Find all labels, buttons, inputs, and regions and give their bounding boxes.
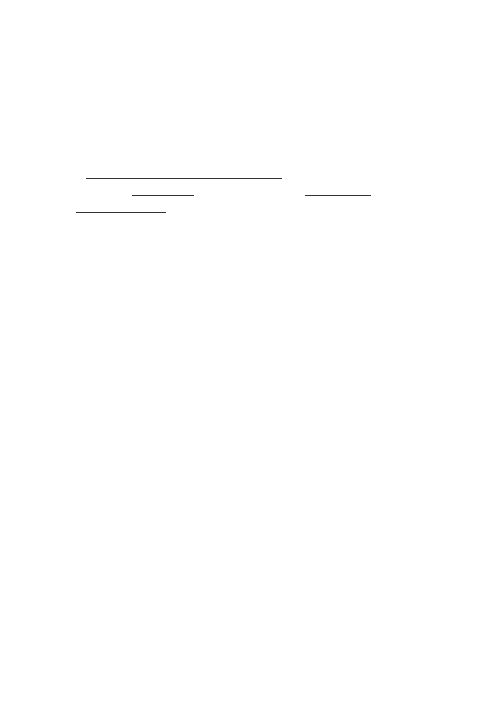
section-1-body-line-2 bbox=[76, 184, 426, 196]
document-page bbox=[0, 0, 500, 707]
blank-field bbox=[132, 184, 194, 196]
section-1-body-line-1 bbox=[86, 167, 426, 183]
blank-field bbox=[206, 167, 282, 179]
blank-field bbox=[305, 184, 371, 196]
blank-field bbox=[146, 167, 164, 179]
blank-field bbox=[164, 167, 206, 179]
blank-field bbox=[86, 167, 122, 179]
section-1-body-line-3 bbox=[76, 201, 426, 217]
blank-field bbox=[122, 167, 146, 179]
blank-field bbox=[76, 201, 166, 213]
